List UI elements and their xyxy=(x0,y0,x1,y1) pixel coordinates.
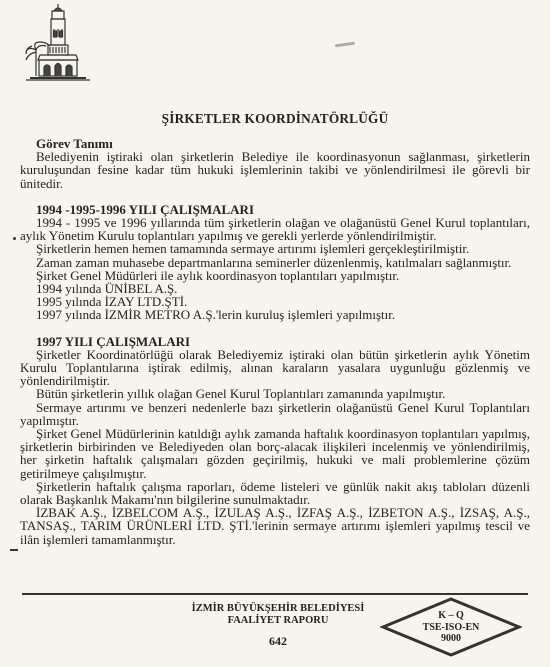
section-1997: 1997 YILI ÇALIŞMALARI Şirketler Koordina… xyxy=(20,335,530,546)
paragraph: 1994 - 1995 ve 1996 yıllarında tüm şirke… xyxy=(20,216,530,242)
paragraph: Bütün şirketlerin yıllık olağan Genel Ku… xyxy=(20,387,530,400)
paragraph: Şirketlerin hemen hemen tamamında sermay… xyxy=(20,242,530,255)
paragraph: Belediyenin iştiraki olan şirketlerin Be… xyxy=(20,150,530,190)
document-page: ŞİRKETLER KOORDİNATÖRLÜĞÜ Görev Tanımı B… xyxy=(0,0,550,667)
footer-divider xyxy=(22,593,528,595)
scan-smudge xyxy=(335,42,355,48)
cert-line: TSE-ISO-EN xyxy=(380,622,522,634)
cert-line: 9000 xyxy=(380,633,522,645)
footer-report-name: FAALİYET RAPORU xyxy=(178,615,378,627)
cert-line: K – Q xyxy=(380,610,522,622)
paragraph: 1997 yılında İZMİR METRO A.Ş.'lerin kuru… xyxy=(20,308,530,321)
izmir-clock-tower-icon xyxy=(22,2,94,82)
page-title: ŞİRKETLER KOORDİNATÖRLÜĞÜ xyxy=(0,111,550,127)
paragraph: Zaman zaman muhasebe departmanlarına sem… xyxy=(20,256,530,269)
section-heading: 1997 YILI ÇALIŞMALARI xyxy=(20,335,530,348)
section-1994-1996: 1994 -1995-1996 YILI ÇALIŞMALARI 1994 - … xyxy=(20,203,530,322)
footer-organization: İZMİR BÜYÜKŞEHİR BELEDİYESİ FAALİYET RAP… xyxy=(178,603,378,627)
document-body: Görev Tanımı Belediyenin iştiraki olan ş… xyxy=(20,137,530,546)
paragraph: Şirketler Koordinatörlüğü olarak Belediy… xyxy=(20,348,530,388)
margin-mark xyxy=(13,237,16,240)
footer-org-name: İZMİR BÜYÜKŞEHİR BELEDİYESİ xyxy=(178,603,378,615)
diamond-certification-badge-icon: K – Q TSE-ISO-EN 9000 xyxy=(380,597,522,657)
paragraph: İZBAK A.Ş., İZBELCOM A.Ş., İZULAŞ A.Ş., … xyxy=(20,506,530,546)
margin-mark xyxy=(10,549,18,551)
section-gorev-tanimi: Görev Tanımı Belediyenin iştiraki olan ş… xyxy=(20,137,530,190)
certification-text: K – Q TSE-ISO-EN 9000 xyxy=(380,610,522,645)
paragraph: Şirket Genel Müdürlerinin katıldığı aylı… xyxy=(20,427,530,480)
page-number: 642 xyxy=(250,634,306,649)
paragraph: Sermaye artırımı ve benzeri nedenlerle b… xyxy=(20,401,530,427)
paragraph: Şirketlerin haftalık çalışma raporları, … xyxy=(20,480,530,506)
